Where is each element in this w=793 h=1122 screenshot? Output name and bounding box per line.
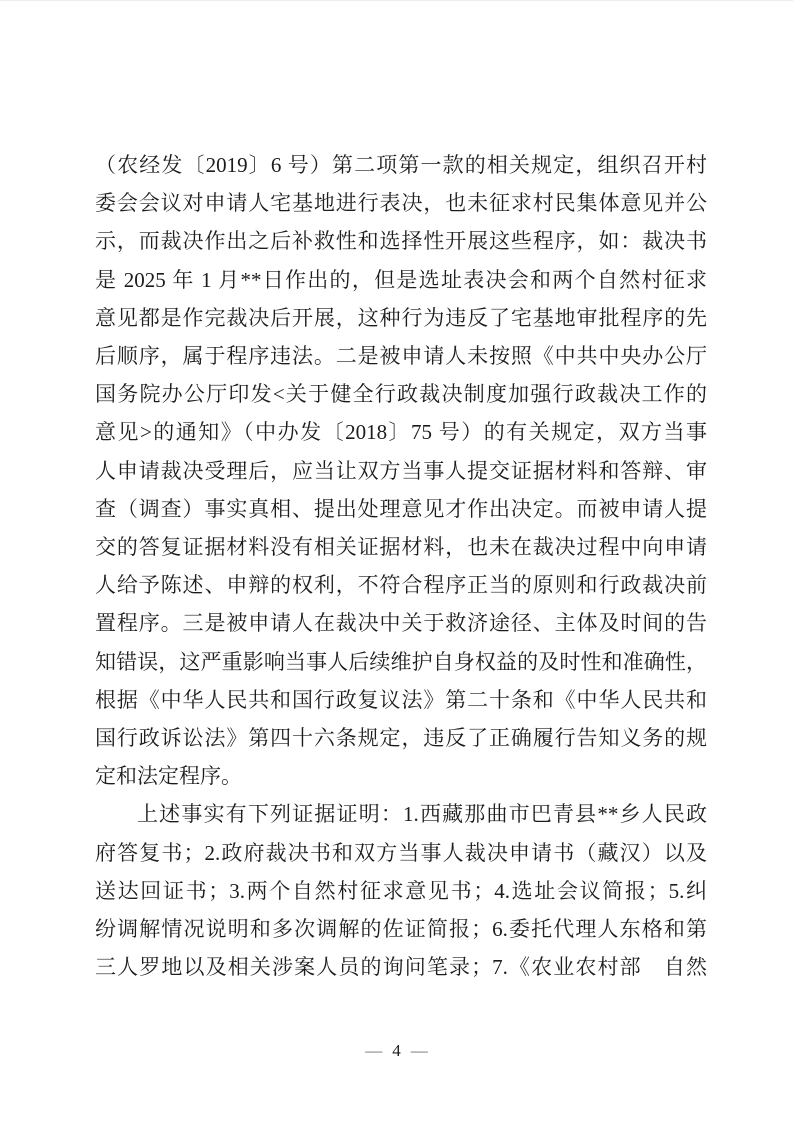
document-page: { "document": { "paragraph1": { "lines":…: [0, 0, 793, 1122]
text-line: 意见都是作完裁决后开展，这种行为违反了宅基地审批程序的先: [95, 299, 707, 337]
text-line: 送达回证书；3.两个自然村征求意见书；4.选址会议简报；5.纠: [95, 872, 707, 910]
text-line: 纷调解情况说明和多次调解的佐证简报；6.委托代理人东格和第: [95, 910, 707, 948]
page-number-dash-left: —: [365, 1041, 382, 1060]
text-line: 后顺序，属于程序违法。二是被申请人未按照《中共中央办公厅: [95, 337, 707, 375]
text-line: 国行政诉讼法》第四十六条规定，违反了正确履行告知义务的规: [95, 719, 707, 757]
text-line: 知错误，这严重影响当事人后续维护自身权益的及时性和准确性，: [95, 643, 707, 681]
text-line: 是 2025 年 1 月**日作出的，但是选址表决会和两个自然村征求: [95, 261, 707, 299]
text-line: （农经发〔2019〕6 号）第二项第一款的相关规定，组织召开村: [95, 146, 707, 184]
text-line: 府答复书；2.政府裁决书和双方当事人裁决申请书（藏汉）以及: [95, 834, 707, 872]
text-line: 定和法定程序。: [95, 757, 707, 795]
text-line: 人给予陈述、申辩的权利，不符合程序正当的原则和行政裁决前: [95, 566, 707, 604]
text-line: 上述事实有下列证据证明：1.西藏那曲市巴青县**乡人民政: [95, 795, 707, 833]
text-line: 委会会议对申请人宅基地进行表决，也未征求村民集体意见并公: [95, 184, 707, 222]
page-number-value: 4: [392, 1041, 401, 1060]
page-number: —4—: [0, 1039, 793, 1063]
text-line: 人申请裁决受理后，应当让双方当事人提交证据材料和答辩、审: [95, 452, 707, 490]
text-line: 置程序。三是被申请人在裁决中关于救济途径、主体及时间的告: [95, 604, 707, 642]
body-text: （农经发〔2019〕6 号）第二项第一款的相关规定，组织召开村 委会会议对申请人…: [95, 146, 707, 986]
text-line: 示，而裁决作出之后补救性和选择性开展这些程序，如：裁决书: [95, 222, 707, 260]
text-line: 意见>的通知》（中办发〔2018〕75 号）的有关规定，双方当事: [95, 413, 707, 451]
text-line: 交的答复证据材料没有相关证据材料，也未在裁决过程中向申请: [95, 528, 707, 566]
page-number-dash-right: —: [411, 1041, 428, 1060]
text-line: 根据《中华人民共和国行政复议法》第二十条和《中华人民共和: [95, 681, 707, 719]
text-line: 国务院办公厅印发<关于健全行政裁决制度加强行政裁决工作的: [95, 375, 707, 413]
text-line: 查（调查）事实真相、提出处理意见才作出决定。而被申请人提: [95, 490, 707, 528]
text-line: 三人罗地以及相关涉案人员的询问笔录；7.《农业农村部 自然: [95, 948, 707, 986]
